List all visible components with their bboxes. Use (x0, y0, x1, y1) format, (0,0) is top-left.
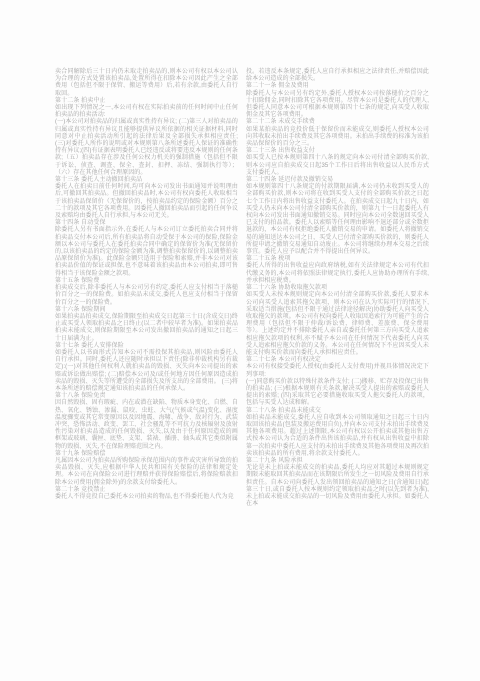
paragraph: 如本规则第四十八条规定的付款期限届满,本公司仍未收到买受人的全部购买价款,则本公… (246, 184, 429, 256)
section-heading: 第二十二条 未成交手续费 (246, 119, 429, 126)
paragraph: 投。若违反本条规定,委托人应自行承担相应之法律责任,并赔偿因此给本公司造成的全部… (246, 69, 429, 83)
section-heading: 第十七条 委托人安排保险 (55, 343, 238, 350)
paragraph: (一)本公司对拍卖品的归属或真实性持有异议; (二)第三人对拍卖品的归属或真实性… (55, 119, 238, 177)
paragraph: 本公司有权接受委托人授权(由委托人支付费用)并视具体情况决定下列事项: (246, 364, 429, 378)
paragraph: 除委托人与本公司另有约定外,委托人授权本公司按落槌价之百分之十扣除佣金,同时扣除… (246, 91, 429, 120)
paragraph: 委托人所得的出售收益应向政府纳税,如有关法律规定本公司有代扣代缴义务的,本公司将… (246, 263, 429, 285)
paragraph: 如买受人未按本规则规定向本公司付清全部购买价款,委托人要求本公司向买受人追索其拖… (246, 292, 429, 357)
paragraph: 拍卖成交后,除非委托人与本公司另有约定,委托人应支付相当于落槌价百分之一的保险费… (55, 285, 238, 307)
section-heading: 第二十一条 佣金及费用 (246, 83, 429, 90)
section-heading: 第十五条 保险费 (55, 278, 238, 285)
paragraph: 如拍卖品未能成交,委托人应自收到本公司领取通知之日起三十日内取回该拍卖品(包装及… (246, 415, 429, 458)
section-heading: 第十六条 保险期间 (55, 307, 238, 314)
paragraph: 除委托人另有书面指示外,在委托人与本公司订立委托拍卖合同并将拍卖品交付本公司后,… (55, 227, 238, 277)
paragraph: 如买受人已按本规则第四十八条的规定向本公司付清全部购买价款,则本公司应自拍卖成交… (246, 155, 429, 177)
section-heading: 第二十条 竞投禁止 (55, 487, 238, 494)
paragraph: 如委托人以书面形式告知本公司不需投保其拍卖品,则风险由委托人自行承担。同时,委托… (55, 350, 238, 393)
paragraph: 如果某拍卖品的竞投价低于保留价而未能成交,则委托人授权本公司向其收取未拍出手续费… (246, 127, 429, 149)
paragraph: 委托人不得竞投自己委托本公司拍卖的物品,也不得委托他人代为竞 (55, 494, 238, 501)
paragraph: (一)同意购买价款以特殊付款条件支付; (二)搬移、贮存及投保已出售的拍卖品; … (246, 379, 429, 408)
paragraph: 无论是未上拍或未能成交的拍卖品,委托人均应对其超过本规则规定期限未能取回其拍卖品… (246, 465, 429, 508)
paragraph: 如果拍卖品拍卖成交,保险期限至拍卖成交日起第三十日(含成交日)终止或买受人领取拍… (55, 314, 238, 343)
section-heading: 第十九条 保险赔偿 (55, 451, 238, 458)
document-page: 卖合同解除后三十日内仍未取走拍卖品的,则本公司有权以本公司认为合理的方式处置该拍… (0, 0, 480, 681)
paragraph: 因自然毁损、固有瑕疵、内在或潜在缺陷、物质本身变化、自燃、自热、氧化、锈蚀、渗漏… (55, 400, 238, 450)
paragraph: 如出现下列情况之一,本公司有权在实际拍卖前的任何时间中止任何拍卖品的拍卖活动: (55, 105, 238, 119)
paragraph: 凡属因本公司为拍卖品所购保险承保范围内的事件或灾害所导致的拍卖品毁损、灭失,应根… (55, 458, 238, 487)
section-heading: 第二十八条 拍卖品未能成交 (246, 408, 429, 415)
text-column-left: 卖合同解除后三十日内仍未取走拍卖品的,则本公司有权以本公司认为合理的方式处置该拍… (55, 69, 238, 508)
section-heading: 第十二条 拍卖中止 (55, 98, 238, 105)
paragraph: 委托人在拍卖日前任何时间,均可向本公司发出书面通知并说明理由后,可撤回其拍卖品。… (55, 184, 238, 220)
text-column-right: 投。若违反本条规定,委托人应自行承担相应之法律责任,并赔偿因此给本公司造成的全部… (246, 69, 429, 508)
document-text-area: 卖合同解除后三十日内仍未取走拍卖品的,则本公司有权以本公司认为合理的方式处置该拍… (55, 69, 429, 508)
paragraph: 卖合同解除后三十日内仍未取走拍卖品的,则本公司有权以本公司认为合理的方式处置该拍… (55, 69, 238, 98)
